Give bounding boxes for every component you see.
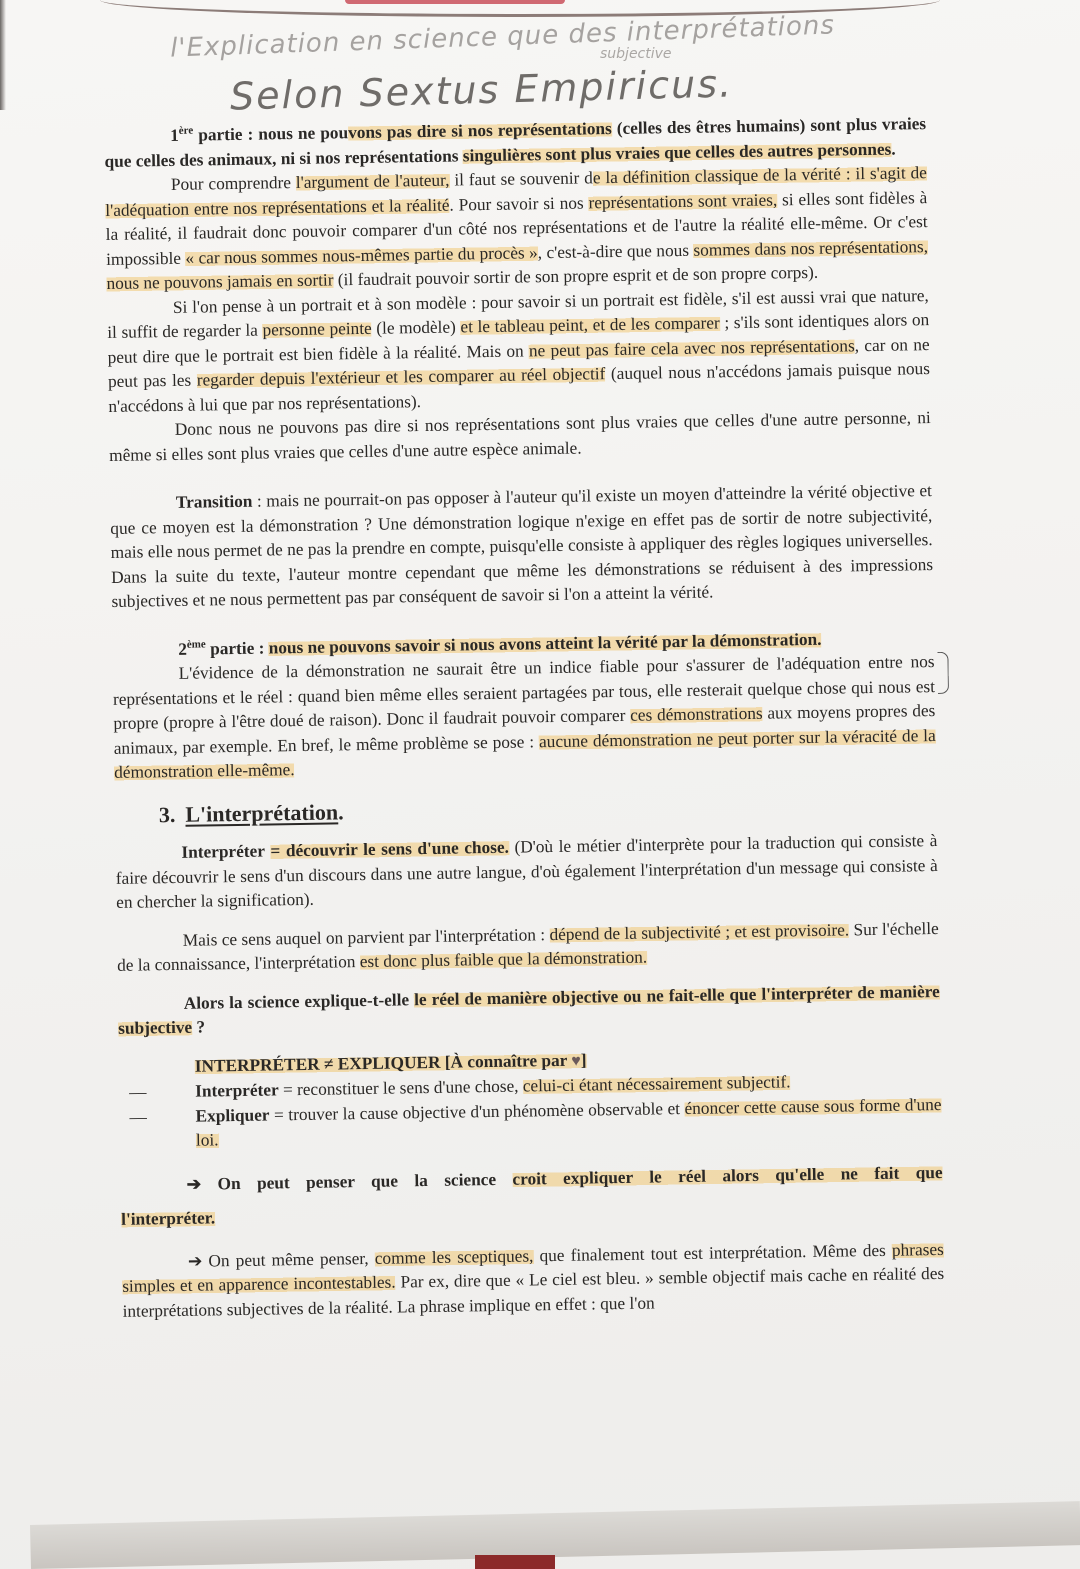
highlight: comme les sceptiques, bbox=[375, 1246, 534, 1267]
arrow-right-icon: ➔ bbox=[186, 1174, 201, 1193]
handwritten-note-line1: l'Explication en science que des interpr… bbox=[170, 10, 836, 63]
handwritten-note-insert: subjective bbox=[600, 46, 672, 62]
text: partie : bbox=[206, 638, 269, 658]
arrow-right-icon: ➔ bbox=[188, 1251, 203, 1270]
ordinal-sup: ère bbox=[179, 125, 194, 137]
text: il faut se souvenir d bbox=[449, 168, 593, 189]
text: partie : nous ne pou bbox=[193, 123, 348, 144]
highlight: « car nous sommes nous-mêmes partie du p… bbox=[185, 243, 538, 268]
highlight: singulières sont plus vraies que celles … bbox=[463, 139, 892, 165]
highlight: personne peinte bbox=[262, 319, 372, 340]
arrow-paragraph-1: ➔ On peut penser que la science croit ex… bbox=[120, 1155, 943, 1236]
ordinal-sup: ème bbox=[187, 638, 206, 650]
definition-term: Interpréter bbox=[181, 842, 265, 862]
section-title-text: L'interprétation bbox=[185, 799, 338, 826]
transition-paragraph: Transition : mais ne pourrait-on pas opp… bbox=[110, 479, 934, 614]
highlight: regarder depuis l'extérieur et les compa… bbox=[197, 364, 606, 389]
text: , c'est-à-dire que nous bbox=[538, 240, 694, 261]
text: . Pour savoir si nos bbox=[449, 193, 588, 214]
text: que finalement tout est interprétation. … bbox=[533, 1240, 892, 1265]
text: = trouver la cause objective d'un phénom… bbox=[269, 1099, 684, 1125]
arrow-paragraph-2: ➔ On peut même penser, comme les sceptiq… bbox=[122, 1237, 945, 1323]
text: ] bbox=[581, 1050, 587, 1069]
text: Alors la science explique-t-elle bbox=[184, 990, 415, 1013]
definition-paragraph: Interpréter = découvrir le sens d'une ch… bbox=[115, 829, 938, 915]
highlight: l'argument de l'auteur, bbox=[296, 171, 450, 192]
handwritten-note-title: Selon Sextus Empiricus. bbox=[230, 61, 734, 118]
text: . bbox=[338, 799, 344, 824]
section-number: 3. bbox=[159, 801, 176, 826]
part1-paragraph-2: Si l'on pense à un portrait et à son mod… bbox=[107, 284, 931, 419]
highlight: ces démonstrations bbox=[630, 704, 763, 725]
section-3-title: 3.L'interprétation. bbox=[159, 791, 937, 828]
part1-paragraph-1: Pour comprendre l'argument de l'auteur, … bbox=[105, 161, 929, 296]
page-bottom-edge bbox=[30, 1501, 1080, 1569]
highlight: vons pas dire si nos représentations bbox=[348, 119, 612, 142]
highlight: et le tableau peint, et de les comparer bbox=[460, 313, 720, 336]
transition-label: Transition bbox=[176, 492, 253, 512]
paper-page: l'Explication en science que des interpr… bbox=[0, 0, 1080, 1569]
handwritten-bracket bbox=[937, 652, 949, 694]
text: (il faudrait pouvoir sortir de son propr… bbox=[333, 263, 818, 290]
text: INTERPRÉTER ≠ EXPLIQUER [À connaître par bbox=[195, 1050, 572, 1075]
list-term: Interpréter bbox=[195, 1080, 279, 1100]
binder-tab-bottom bbox=[475, 1555, 555, 1569]
list-term: Expliquer bbox=[195, 1105, 269, 1125]
highlight: est donc plus faible que la démonstratio… bbox=[360, 948, 648, 972]
text: = reconstituer le sens d'une chose, bbox=[279, 1077, 523, 1100]
text: ? bbox=[192, 1018, 205, 1037]
text: . bbox=[891, 139, 896, 158]
text: Mais ce sens auquel on parvient par l'in… bbox=[183, 925, 550, 950]
part2-paragraph: L'évidence de la démonstration ne saurai… bbox=[112, 650, 936, 785]
ordinal: 2 bbox=[178, 639, 187, 658]
text: On peut penser que la science bbox=[201, 1169, 513, 1193]
highlight: = découvrir le sens d'une chose. bbox=[270, 838, 509, 861]
highlight: celui-ci étant nécessairement subjectif. bbox=[523, 1072, 791, 1095]
highlight: représentations sont vraies, bbox=[588, 190, 777, 212]
highlight: croit expliquer le réel alors qu'elle ne… bbox=[121, 1162, 943, 1228]
highlight: ne peut pas faire cela avec nos représen… bbox=[529, 336, 855, 360]
text: (le modèle) bbox=[372, 317, 461, 337]
document-body: 1ère partie : nous ne pouvons pas dire s… bbox=[104, 112, 945, 1324]
text: Pour comprendre bbox=[171, 173, 296, 194]
text: On peut même penser, bbox=[202, 1248, 375, 1270]
ordinal: 1 bbox=[170, 126, 179, 145]
dash-bullet: — bbox=[119, 1104, 196, 1154]
heart-icon: ♥ bbox=[571, 1052, 581, 1069]
highlight: dépend de la subjectivité ; et est provi… bbox=[549, 920, 849, 944]
dash-bullet: — bbox=[119, 1080, 195, 1106]
page-shadow bbox=[0, 0, 6, 110]
